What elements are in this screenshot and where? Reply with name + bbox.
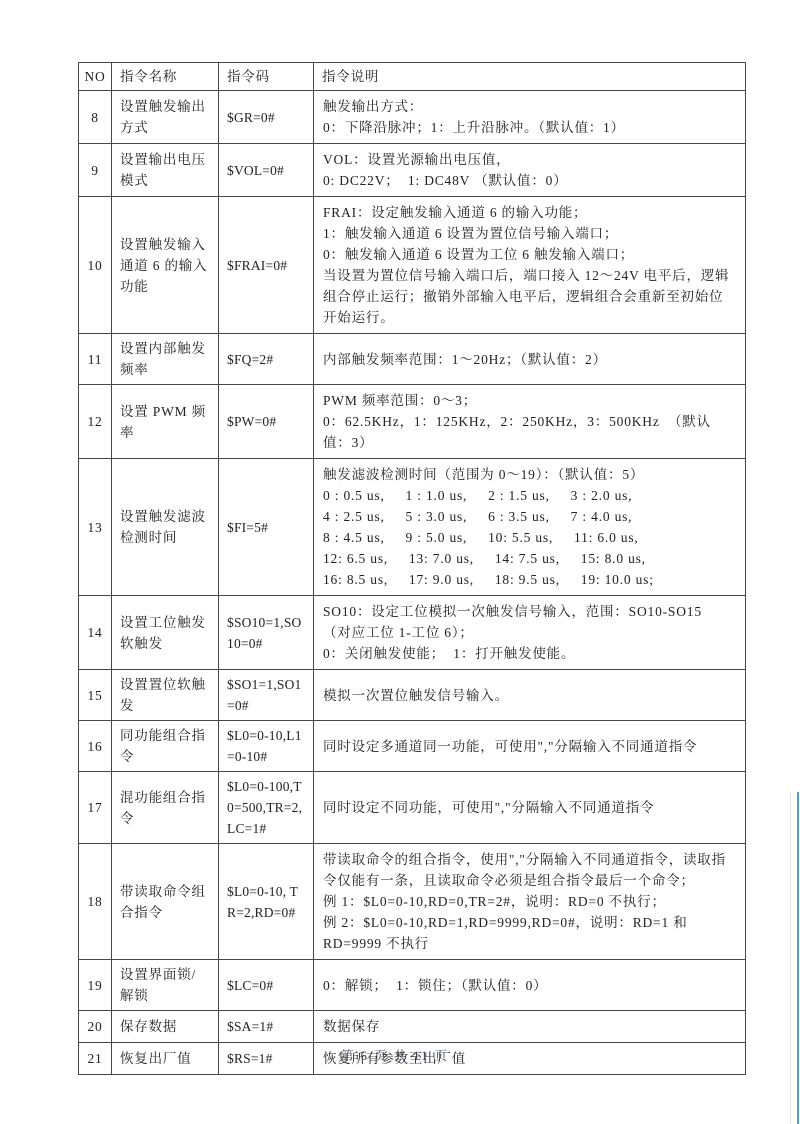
table-body: 8 设置触发输出方式 $GR=0# 触发输出方式：0：下降沿脉冲；1：上升沿脉冲… [79, 91, 746, 1075]
cell-row-number: 12 [79, 385, 112, 459]
cell-row-number: 11 [79, 334, 112, 385]
description-line: 内部触发频率范围：1～20Hz；（默认值：2） [323, 349, 736, 370]
description-line: 0 : 0.5 us, 1 : 1.0 us, 2 : 1.5 us, 3 : … [323, 485, 736, 506]
cell-command-code: $FRAI=0# [219, 197, 314, 334]
cell-command-description: 内部触发频率范围：1～20Hz；（默认值：2） [314, 334, 746, 385]
cell-row-number: 20 [79, 1011, 112, 1043]
cell-command-code: $FI=5# [219, 459, 314, 596]
page-edge-line [797, 792, 799, 1124]
header-no: NO [79, 63, 112, 91]
cell-command-description: SO10：设定工位模拟一次触发信号输入，范围：SO10-SO15（对应工位 1-… [314, 596, 746, 670]
cell-row-number: 10 [79, 197, 112, 334]
header-name: 指令名称 [112, 63, 219, 91]
command-table: NO 指令名称 指令码 指令说明 8 设置触发输出方式 $GR=0# 触发输出方… [78, 62, 746, 1075]
description-line: 同时设定不同功能，可使用","分隔输入不同通道指令 [323, 797, 736, 818]
cell-command-name: 带读取命令组合指令 [112, 844, 219, 960]
description-line: FRAI：设定触发输入通道 6 的输入功能； [323, 202, 736, 223]
table-row: 11 设置内部触发频率 $FQ=2# 内部触发频率范围：1～20Hz；（默认值：… [79, 334, 746, 385]
description-line: （对应工位 1-工位 6）； [323, 622, 736, 643]
description-line: 同时设定多通道同一功能，可使用","分隔输入不同通道指令 [323, 736, 736, 757]
table-row: 19 设置界面锁/解锁 $LC=0# 0：解锁； 1：锁住；（默认值：0） [79, 960, 746, 1011]
table-row: 14 设置工位触发软触发 $SO10=1,SO10=0# SO10：设定工位模拟… [79, 596, 746, 670]
cell-command-name: 保存数据 [112, 1011, 219, 1043]
cell-row-number: 13 [79, 459, 112, 596]
description-line: 例 2：$L0=0-10,RD=1,RD=9999,RD=0#，说明：RD=1 … [323, 912, 736, 954]
cell-command-description: 带读取命令的组合指令，使用","分隔输入不同通道指令，读取指令仅能有一条，且读取… [314, 844, 746, 960]
description-line: 模拟一次置位触发信号输入。 [323, 685, 736, 706]
cell-command-name: 设置置位软触发 [112, 670, 219, 721]
cell-command-code: $SO10=1,SO10=0# [219, 596, 314, 670]
header-code: 指令码 [219, 63, 314, 91]
description-line: 例 1：$L0=0-10,RD=0,TR=2#，说明：RD=0 不执行； [323, 891, 736, 912]
description-line: 0：62.5KHz，1：125KHz，2：250KHz，3：500KHz （默认… [323, 411, 736, 453]
page-edge-shadow [790, 792, 791, 1124]
cell-command-code: $SO1=1,SO1=0# [219, 670, 314, 721]
header-desc: 指令说明 [314, 63, 746, 91]
page-footer: 第 6 页 共 11 页 [0, 1046, 790, 1064]
cell-command-name: 混功能组合指令 [112, 772, 219, 844]
description-line: 0：关闭触发使能； 1：打开触发使能。 [323, 643, 736, 664]
cell-command-description: FRAI：设定触发输入通道 6 的输入功能；1：触发输入通道 6 设置为置位信号… [314, 197, 746, 334]
table-row: 16 同功能组合指令 $L0=0-10,L1=0-10# 同时设定多通道同一功能… [79, 721, 746, 772]
table-row: 18 带读取命令组合指令 $L0=0-10, TR=2,RD=0# 带读取命令的… [79, 844, 746, 960]
description-line: PWM 频率范围：0～3； [323, 390, 736, 411]
table-row: 10 设置触发输入通道 6 的输入功能 $FRAI=0# FRAI：设定触发输入… [79, 197, 746, 334]
cell-command-description: PWM 频率范围：0～3；0：62.5KHz，1：125KHz，2：250KHz… [314, 385, 746, 459]
cell-command-description: VOL：设置光源输出电压值，0: DC22V； 1: DC48V （默认值：0） [314, 144, 746, 197]
cell-command-name: 设置触发滤波检测时间 [112, 459, 219, 596]
cell-command-name: 设置触发输出方式 [112, 91, 219, 144]
cell-row-number: 16 [79, 721, 112, 772]
description-line: 触发输出方式： [323, 96, 736, 117]
cell-command-description: 同时设定不同功能，可使用","分隔输入不同通道指令 [314, 772, 746, 844]
table-row: 13 设置触发滤波检测时间 $FI=5# 触发滤波检测时间（范围为 0～19）：… [79, 459, 746, 596]
cell-command-description: 模拟一次置位触发信号输入。 [314, 670, 746, 721]
cell-row-number: 15 [79, 670, 112, 721]
cell-row-number: 18 [79, 844, 112, 960]
table-row: 12 设置 PWM 频率 $PW=0# PWM 频率范围：0～3；0：62.5K… [79, 385, 746, 459]
description-line: 0：下降沿脉冲；1：上升沿脉冲。（默认值：1） [323, 117, 736, 138]
description-line: VOL：设置光源输出电压值， [323, 149, 736, 170]
cell-command-code: $SA=1# [219, 1011, 314, 1043]
cell-command-name: 设置输出电压模式 [112, 144, 219, 197]
cell-command-description: 数据保存 [314, 1011, 746, 1043]
cell-command-code: $L0=0-100,T0=500,TR=2,LC=1# [219, 772, 314, 844]
cell-command-code: $PW=0# [219, 385, 314, 459]
cell-row-number: 17 [79, 772, 112, 844]
cell-command-code: $FQ=2# [219, 334, 314, 385]
description-line: 8 : 4.5 us, 9 : 5.0 us, 10: 5.5 us, 11: … [323, 527, 736, 548]
description-line: 0：解锁； 1：锁住；（默认值：0） [323, 975, 736, 996]
description-line: SO10：设定工位模拟一次触发信号输入，范围：SO10-SO15 [323, 601, 736, 622]
table-row: 8 设置触发输出方式 $GR=0# 触发输出方式：0：下降沿脉冲；1：上升沿脉冲… [79, 91, 746, 144]
description-line: 0：触发输入通道 6 设置为工位 6 触发输入端口； [323, 244, 736, 265]
description-line: 触发滤波检测时间（范围为 0～19）：（默认值：5） [323, 464, 736, 485]
table-row: 15 设置置位软触发 $SO1=1,SO1=0# 模拟一次置位触发信号输入。 [79, 670, 746, 721]
cell-command-name: 设置内部触发频率 [112, 334, 219, 385]
cell-command-code: $L0=0-10, TR=2,RD=0# [219, 844, 314, 960]
cell-row-number: 14 [79, 596, 112, 670]
description-line: 当设置为置位信号输入端口后，端口接入 12～24V 电平后，逻辑组合停止运行；撤… [323, 265, 736, 328]
document-page: NO 指令名称 指令码 指令说明 8 设置触发输出方式 $GR=0# 触发输出方… [0, 0, 800, 1124]
cell-row-number: 8 [79, 91, 112, 144]
description-line: 1：触发输入通道 6 设置为置位信号输入端口； [323, 223, 736, 244]
cell-command-name: 同功能组合指令 [112, 721, 219, 772]
cell-command-code: $VOL=0# [219, 144, 314, 197]
cell-command-code: $LC=0# [219, 960, 314, 1011]
cell-row-number: 19 [79, 960, 112, 1011]
cell-command-name: 设置界面锁/解锁 [112, 960, 219, 1011]
cell-command-code: $L0=0-10,L1=0-10# [219, 721, 314, 772]
table-row: 17 混功能组合指令 $L0=0-100,T0=500,TR=2,LC=1# 同… [79, 772, 746, 844]
cell-command-description: 触发输出方式：0：下降沿脉冲；1：上升沿脉冲。（默认值：1） [314, 91, 746, 144]
description-line: 数据保存 [323, 1016, 736, 1037]
description-line: 16: 8.5 us, 17: 9.0 us, 18: 9.5 us, 19: … [323, 569, 736, 590]
description-line: 12: 6.5 us, 13: 7.0 us, 14: 7.5 us, 15: … [323, 548, 736, 569]
table-row: 20 保存数据 $SA=1# 数据保存 [79, 1011, 746, 1043]
description-line: 带读取命令的组合指令，使用","分隔输入不同通道指令，读取指令仅能有一条，且读取… [323, 849, 736, 891]
cell-command-code: $GR=0# [219, 91, 314, 144]
table-header-row: NO 指令名称 指令码 指令说明 [79, 63, 746, 91]
cell-command-description: 触发滤波检测时间（范围为 0～19）：（默认值：5）0 : 0.5 us, 1 … [314, 459, 746, 596]
description-line: 0: DC22V； 1: DC48V （默认值：0） [323, 170, 736, 191]
cell-row-number: 9 [79, 144, 112, 197]
cell-command-name: 设置 PWM 频率 [112, 385, 219, 459]
description-line: 4 : 2.5 us, 5 : 3.0 us, 6 : 3.5 us, 7 : … [323, 506, 736, 527]
cell-command-name: 设置工位触发软触发 [112, 596, 219, 670]
cell-command-description: 0：解锁； 1：锁住；（默认值：0） [314, 960, 746, 1011]
cell-command-name: 设置触发输入通道 6 的输入功能 [112, 197, 219, 334]
table-row: 9 设置输出电压模式 $VOL=0# VOL：设置光源输出电压值，0: DC22… [79, 144, 746, 197]
cell-command-description: 同时设定多通道同一功能，可使用","分隔输入不同通道指令 [314, 721, 746, 772]
